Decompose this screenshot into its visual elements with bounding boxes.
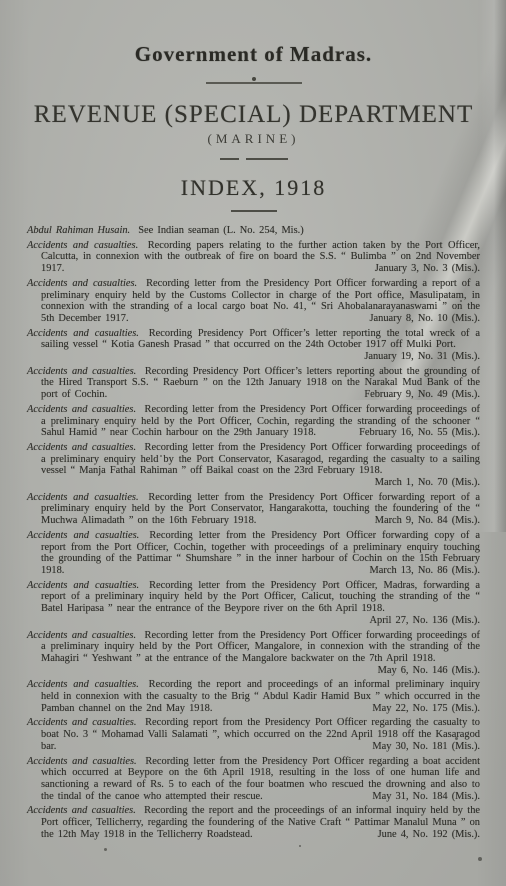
index-entry: Accidents and casualties. Recording pape… — [27, 240, 480, 275]
index-entry: Accidents and casualties. Recording lett… — [27, 630, 480, 677]
index-entry: Accidents and casualties. Recording lett… — [27, 278, 480, 325]
entry-subject: Accidents and casualties. — [27, 240, 138, 251]
index-entry: Accidents and casualties. Recording the … — [27, 805, 480, 840]
index-title-divider — [231, 210, 277, 212]
entry-subject: Accidents and casualties. — [27, 442, 136, 453]
entry-subject: Accidents and casualties. — [27, 717, 136, 728]
index-entry: Accidents and casualties. Recording lett… — [27, 756, 480, 803]
entry-reference: March 13, No. 86 (Mis.). — [356, 565, 480, 577]
index-title: INDEX, 1918 — [27, 175, 480, 201]
entry-subject: Accidents and casualties. — [27, 404, 136, 415]
index-entry: Accidents and casualties. Recording Pres… — [27, 366, 480, 401]
entry-subject: Accidents and casualties. — [27, 805, 136, 816]
index-entry: Accidents and casualties. Recording lett… — [27, 404, 480, 439]
entry-reference: May 6, No. 146 (Mis.). — [364, 665, 480, 677]
entry-subject: Accidents and casualties. — [27, 278, 137, 289]
index-entries: Abdul Rahiman Husain. See Indian seaman … — [27, 225, 480, 840]
paper-speck — [104, 848, 107, 851]
entry-subject: Accidents and casualties. — [27, 328, 139, 339]
document-page: Government of Madras. REVENUE (SPECIAL) … — [0, 0, 506, 886]
index-entry: Accidents and casualties. Recording lett… — [27, 580, 480, 627]
divider-rule — [206, 82, 302, 84]
masthead-title: Government of Madras. — [27, 42, 480, 67]
entry-subject: Accidents and casualties. — [27, 530, 139, 541]
index-entry: Accidents and casualties. Recording the … — [27, 679, 480, 714]
department-title: REVENUE (SPECIAL) DEPARTMENT — [27, 101, 480, 129]
divider-dot — [252, 77, 256, 81]
entry-reference: May 22, No. 175 (Mis.). — [358, 703, 480, 715]
masthead-divider — [27, 77, 480, 84]
entry-reference: March 9, No. 84 (Mis.). — [361, 515, 480, 527]
index-entry: Abdul Rahiman Husain. See Indian seaman … — [27, 225, 480, 237]
entry-subject: Accidents and casualties. — [27, 492, 139, 503]
paper-speck — [478, 857, 482, 861]
entry-reference: February 9, No. 49 (Mis.). — [350, 389, 480, 401]
section-divider — [220, 158, 288, 160]
entry-reference: January 3, No. 3 (Mis.). — [361, 263, 480, 275]
entry-subject: Abdul Rahiman Husain. — [27, 225, 130, 236]
entry-reference: May 30, No. 181 (Mis.). — [358, 741, 480, 753]
entry-reference: June 4, No. 192 (Mis.). — [364, 829, 480, 841]
index-entry: Accidents and casualties. Recording Pres… — [27, 328, 480, 363]
entry-reference: January 8, No. 10 (Mis.). — [356, 313, 480, 325]
entry-subject: Accidents and casualties. — [27, 580, 139, 591]
index-entry: Accidents and casualties. Recording lett… — [27, 442, 480, 489]
entry-subject: Accidents and casualties. — [27, 630, 136, 641]
entry-text: See Indian seaman (L. No. 254, Mis.) — [138, 225, 303, 236]
entry-reference: February 16, No. 55 (Mis.). — [345, 427, 480, 439]
entry-reference: May 31, No. 184 (Mis.). — [358, 791, 480, 803]
entry-subject: Accidents and casualties. — [27, 366, 136, 377]
entry-reference: March 1, No. 70 (Mis.). — [361, 477, 480, 489]
department-subtitle: (MARINE) — [27, 131, 480, 147]
entry-reference: January 19, No. 31 (Mis.). — [350, 351, 480, 363]
paper-speck — [299, 845, 301, 847]
index-entry: Accidents and casualties. Recording lett… — [27, 492, 480, 527]
page-content: Government of Madras. REVENUE (SPECIAL) … — [0, 0, 506, 840]
index-entry: Accidents and casualties. Recording lett… — [27, 530, 480, 577]
entry-reference: April 27, No. 136 (Mis.). — [356, 615, 480, 627]
entry-subject: Accidents and casualties. — [27, 679, 139, 690]
index-entry: Accidents and casualties. Recording repo… — [27, 717, 480, 752]
entry-subject: Accidents and casualties. — [27, 756, 137, 767]
